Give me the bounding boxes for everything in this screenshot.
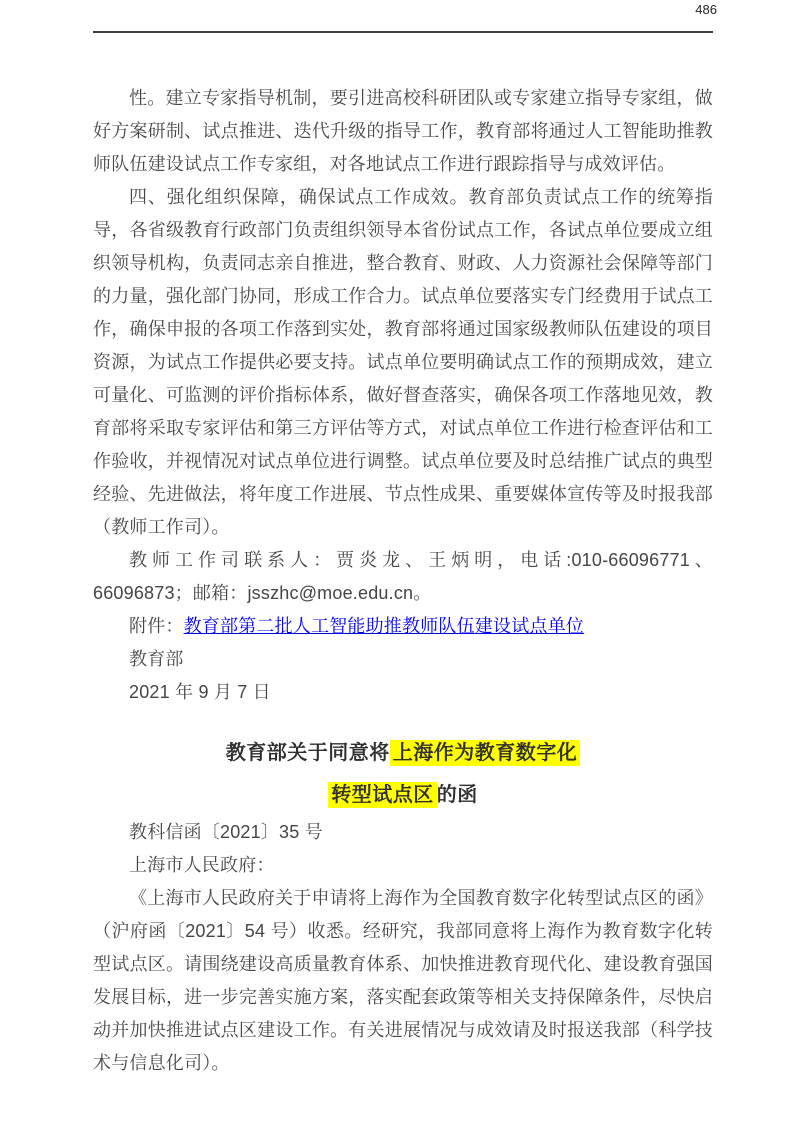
paragraph-continuation: 性。建立专家指导机制，要引进高校科研团队或专家建立指导专家组，做好方案研制、试点… bbox=[93, 82, 713, 181]
doc2-section: 教育部关于同意将上海作为教育数字化转型试点区的函 教科信函〔2021〕35 号 … bbox=[93, 732, 713, 1080]
attachment-label: 附件： bbox=[129, 616, 184, 636]
doc-number: 教科信函〔2021〕35 号 bbox=[93, 816, 713, 849]
paragraph-organization-safeguard: 四、强化组织保障，确保试点工作成效。教育部负责试点工作的统筹指导，各省级教育行政… bbox=[93, 181, 713, 544]
document-page: 486 性。建立专家指导机制，要引进高校科研团队或专家建立指导专家组，做好方案研… bbox=[0, 0, 793, 1122]
signer-name: 教育部 bbox=[93, 643, 713, 676]
document-content: 性。建立专家指导机制，要引进高校科研团队或专家建立指导专家组，做好方案研制、试点… bbox=[93, 0, 713, 1080]
salutation: 上海市人民政府： bbox=[93, 849, 713, 882]
title-text-suffix: 的函 bbox=[437, 784, 478, 806]
attachment-link[interactable]: 教育部第二批人工智能助推教师队伍建设试点单位 bbox=[184, 616, 584, 636]
attachment-line: 附件：教育部第二批人工智能助推教师队伍建设试点单位 bbox=[93, 610, 713, 643]
paragraph-contact-info: 教师工作司联系人：贾炎龙、王炳明，电话:010-66096771、6609687… bbox=[93, 544, 713, 610]
title-highlight-part2: 转型试点区 bbox=[328, 782, 437, 808]
title-highlight-part1: 上海作为教育数字化 bbox=[390, 740, 581, 766]
doc2-title: 教育部关于同意将上海作为教育数字化转型试点区的函 bbox=[93, 732, 713, 816]
doc1-section: 性。建立专家指导机制，要引进高校科研团队或专家建立指导专家组，做好方案研制、试点… bbox=[93, 82, 713, 709]
doc2-body-paragraph: 《上海市人民政府关于申请将上海作为全国教育数字化转型试点区的函》（沪府函〔202… bbox=[93, 882, 713, 1080]
signer-date: 2021 年 9 月 7 日 bbox=[93, 676, 713, 709]
title-text-prefix: 教育部关于同意将 bbox=[226, 742, 390, 764]
